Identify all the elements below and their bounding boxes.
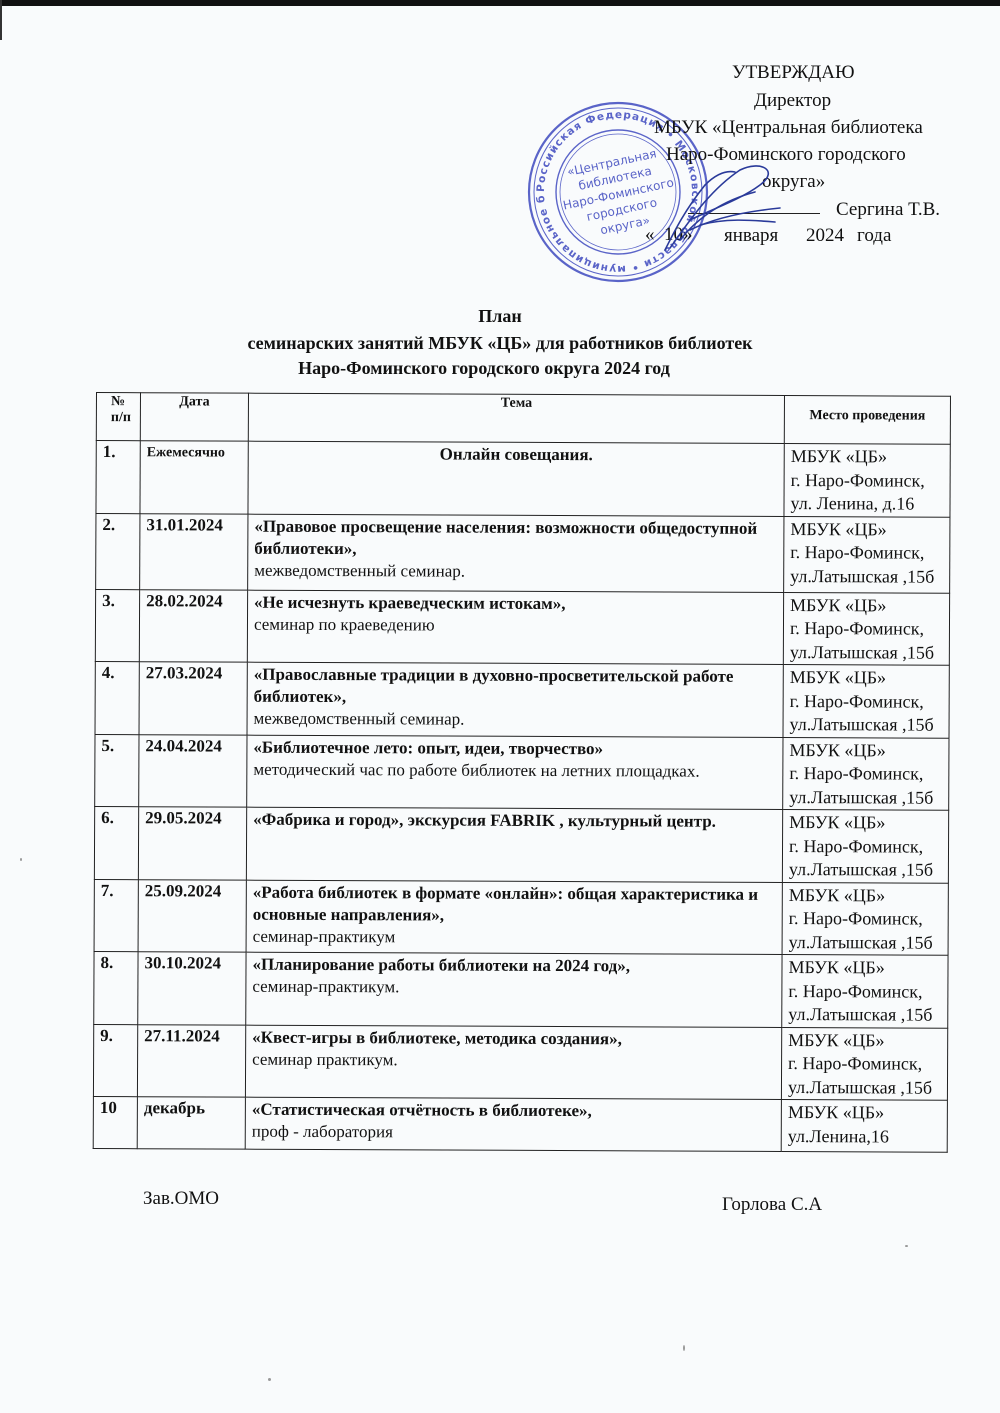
row-topic: «Статистическая отчётность в библиотеке»… bbox=[245, 1097, 781, 1151]
signature-icon bbox=[630, 130, 790, 260]
row-date: 31.01.2024 bbox=[140, 513, 248, 589]
place-line: МБУК «ЦБ» bbox=[790, 518, 943, 542]
row-num: 1. bbox=[96, 441, 140, 514]
table-row: 10декабрь «Статистическая отчётность в б… bbox=[93, 1096, 947, 1152]
place-line: МБУК «ЦБ» bbox=[789, 884, 942, 908]
table-row: 2.31.01.2024«Правовое просвещение населе… bbox=[96, 513, 950, 593]
place-line: г. Наро-Фоминск, bbox=[789, 835, 942, 859]
scan-speck bbox=[905, 1245, 908, 1247]
table-row: 8.30.10.2024«Планирование работы библиот… bbox=[94, 951, 948, 1027]
row-place: МБУК «ЦБ»г. Наро-Фоминск,ул.Латышская ,1… bbox=[782, 810, 948, 883]
scan-speck bbox=[20, 858, 22, 861]
place-line: ул.Латышская ,15б bbox=[790, 713, 943, 737]
place-line: МБУК «ЦБ» bbox=[788, 1029, 941, 1053]
place-line: ул. Ленина, д.16 bbox=[790, 492, 943, 516]
document-subtitle-line1: семинарских занятий МБУК «ЦБ» для работн… bbox=[0, 333, 1000, 354]
row-place: МБУК «ЦБ»г. Наро-Фоминск,ул. Ленина, д.1… bbox=[784, 444, 950, 517]
place-line: ул.Латышская ,15б bbox=[788, 1076, 941, 1100]
row-num: 9. bbox=[93, 1024, 137, 1097]
row-date: 25.09.2024 bbox=[138, 879, 246, 952]
topic-subtitle: семинар-практикум bbox=[253, 925, 776, 949]
row-place: МБУК «ЦБ»г. Наро-Фоминск,ул.Латышская ,1… bbox=[783, 592, 949, 665]
document-subtitle-line2: Наро-Фоминского городского округа 2024 г… bbox=[0, 358, 984, 379]
row-topic: «Не исчезнуть краеведческим истокам»,сем… bbox=[247, 590, 783, 665]
row-topic: «Планирование работы библиотеки на 2024 … bbox=[246, 952, 782, 1027]
row-date: 27.11.2024 bbox=[137, 1024, 245, 1097]
topic-subtitle: межведомственный семинар. bbox=[254, 708, 777, 732]
row-date: 29.05.2024 bbox=[138, 807, 246, 880]
row-place: МБУК «ЦБ»ул.Ленина,16 bbox=[781, 1099, 947, 1152]
place-line: г. Наро-Фоминск, bbox=[791, 469, 944, 493]
row-num: 3. bbox=[95, 589, 139, 662]
place-line: ул.Латышская ,15б bbox=[789, 786, 942, 810]
row-date: Ежемесячно bbox=[140, 441, 248, 514]
place-line: г. Наро-Фоминск, bbox=[790, 617, 943, 641]
footer-name: Горлова С.А bbox=[722, 1194, 822, 1216]
row-topic: «Православные традиции в духовно-просвет… bbox=[247, 662, 783, 737]
table-header-row: № п/п Дата Тема Место проведения bbox=[96, 393, 950, 445]
place-line: г. Наро-Фоминск, bbox=[789, 762, 942, 786]
topic-title: «Фабрика и город», экскурсия FABRIK , ку… bbox=[253, 809, 776, 833]
topic-title: «Квест-игры в библиотеке, методика созда… bbox=[252, 1026, 775, 1050]
topic-subtitle: проф - лаборатория bbox=[252, 1121, 775, 1145]
row-date: 27.03.2024 bbox=[139, 662, 247, 735]
table-row: 5.24.04.2024 «Библиотечное лето: опыт, и… bbox=[95, 734, 949, 810]
place-line: МБУК «ЦБ» bbox=[791, 445, 944, 469]
topic-title: «Правовое просвещение населения: возможн… bbox=[254, 515, 777, 561]
place-line: МБУК «ЦБ» bbox=[789, 811, 942, 835]
place-line: МБУК «ЦБ» bbox=[790, 594, 943, 618]
topic-subtitle: семинар-практикум. bbox=[252, 976, 775, 1000]
approval-heading: УТВЕРЖДАЮ bbox=[732, 62, 854, 84]
row-topic: «Квест-игры в библиотеке, методика созда… bbox=[245, 1025, 781, 1100]
topic-title: «Планирование работы библиотеки на 2024 … bbox=[252, 954, 775, 978]
row-num: 8. bbox=[94, 951, 138, 1024]
place-line: г. Наро-Фоминск, bbox=[788, 1052, 941, 1076]
row-place: МБУК «ЦБ»г. Наро-Фоминск,ул.Латышская ,1… bbox=[782, 954, 948, 1027]
place-line: г. Наро-Фоминск, bbox=[790, 690, 943, 714]
topic-title: «Не исчезнуть краеведческим истокам», bbox=[254, 591, 777, 615]
row-num: 7. bbox=[94, 879, 138, 952]
place-line: г. Наро-Фоминск, bbox=[790, 541, 943, 565]
topic-title: Онлайн совещания. bbox=[255, 443, 778, 467]
row-date: 30.10.2024 bbox=[138, 952, 246, 1025]
topic-title: «Библиотечное лето: опыт, идеи, творчест… bbox=[253, 736, 776, 760]
place-line: МБУК «ЦБ» bbox=[788, 1101, 941, 1125]
place-line: МБУК «ЦБ» bbox=[790, 666, 943, 690]
row-num: 5. bbox=[95, 734, 139, 807]
table-row: 6.29.05.2024 «Фабрика и город», экскурси… bbox=[94, 806, 948, 882]
row-place: МБУК «ЦБ»г. Наро-Фоминск,ул.Латышская ,1… bbox=[784, 516, 950, 593]
row-topic: Онлайн совещания. bbox=[248, 441, 784, 516]
row-topic: «Правовое просвещение населения: возможн… bbox=[248, 514, 784, 592]
place-line: МБУК «ЦБ» bbox=[788, 956, 941, 980]
scan-top-border bbox=[0, 0, 1000, 6]
table-row: 4.27.03.2024«Православные традиции в дух… bbox=[95, 661, 949, 737]
row-place: МБУК «ЦБ»г. Наро-Фоминск,ул.Латышская ,1… bbox=[782, 882, 948, 955]
row-date: 28.02.2024 bbox=[139, 589, 247, 662]
place-line: ул.Латышская ,15б bbox=[788, 1003, 941, 1027]
topic-title: «Православные традиции в духовно-просвет… bbox=[254, 664, 777, 710]
scan-left-edge bbox=[0, 0, 2, 40]
scan-speck bbox=[268, 1378, 271, 1381]
footer-position: Зав.ОМО bbox=[143, 1188, 219, 1210]
approval-date-year: 2024 bbox=[806, 225, 844, 247]
topic-title: «Статистическая отчётность в библиотеке»… bbox=[252, 1099, 775, 1123]
place-line: ул.Латышская ,15б bbox=[790, 641, 943, 665]
topic-title: «Работа библиотек в формате «онлайн»: об… bbox=[253, 881, 776, 927]
place-line: г. Наро-Фоминск, bbox=[789, 907, 942, 931]
topic-subtitle: семинар по краеведению bbox=[254, 613, 777, 637]
row-topic: «Библиотечное лето: опыт, идеи, творчест… bbox=[247, 735, 783, 810]
header-topic: Тема bbox=[248, 393, 784, 443]
row-num: 2. bbox=[96, 513, 140, 589]
place-line: МБУК «ЦБ» bbox=[789, 739, 942, 763]
table-row: 3.28.02.2024«Не исчезнуть краеведческим … bbox=[95, 589, 949, 665]
table-row: 7.25.09.2024«Работа библиотек в формате … bbox=[94, 879, 948, 955]
place-line: ул.Ленина,16 bbox=[788, 1125, 941, 1149]
row-num: 6. bbox=[94, 806, 138, 879]
topic-subtitle: методический час по работе библиотек на … bbox=[253, 758, 776, 782]
row-place: МБУК «ЦБ»г. Наро-Фоминск,ул.Латышская ,1… bbox=[781, 1027, 947, 1100]
place-line: ул.Латышская ,15б bbox=[789, 858, 942, 882]
row-topic: «Работа библиотек в формате «онлайн»: об… bbox=[246, 880, 782, 955]
header-date: Дата bbox=[140, 393, 248, 441]
place-line: ул.Латышская ,15б bbox=[790, 565, 943, 589]
row-num: 10 bbox=[93, 1096, 137, 1148]
topic-subtitle: семинар практикум. bbox=[252, 1048, 775, 1072]
row-place: МБУК «ЦБ»г. Наро-Фоминск,ул.Латышская ,1… bbox=[783, 737, 949, 810]
document-title: План bbox=[0, 306, 1000, 327]
scan-speck bbox=[683, 1345, 685, 1351]
row-num: 4. bbox=[95, 661, 139, 734]
header-num: № п/п bbox=[96, 393, 140, 441]
row-date: декабрь bbox=[137, 1097, 245, 1149]
row-date: 24.04.2024 bbox=[139, 734, 247, 807]
place-line: ул.Латышская ,15б bbox=[789, 931, 942, 955]
table-row: 9.27.11.2024 «Квест-игры в библиотеке, м… bbox=[93, 1024, 947, 1100]
approval-signer: Сергина Т.В. bbox=[836, 199, 940, 221]
row-place: МБУК «ЦБ»г. Наро-Фоминск,ул.Латышская ,1… bbox=[783, 665, 949, 738]
row-topic: «Фабрика и город», экскурсия FABRIK , ку… bbox=[246, 807, 782, 882]
approval-position: Директор bbox=[754, 90, 831, 112]
place-line: г. Наро-Фоминск, bbox=[788, 980, 941, 1004]
topic-subtitle: межведомственный семинар. bbox=[254, 559, 777, 583]
seminar-plan-table: № п/п Дата Тема Место проведения 1.Ежеме… bbox=[93, 392, 951, 1153]
header-place: Место проведения bbox=[784, 396, 950, 445]
table-row: 1.ЕжемесячноОнлайн совещания.МБУК «ЦБ»г.… bbox=[96, 441, 950, 517]
approval-date-suffix: года bbox=[857, 225, 891, 247]
